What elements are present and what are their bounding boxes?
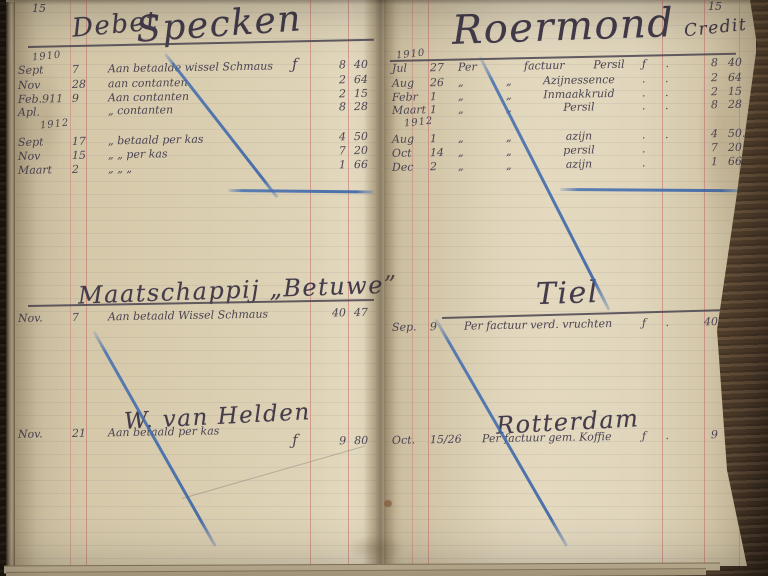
row-date: Nov (18, 78, 70, 92)
florin-symbol: ƒ (292, 55, 298, 73)
row-date: Maart (392, 103, 432, 117)
amount-guilders: 2 (692, 85, 718, 98)
row-date: Nov (18, 149, 70, 163)
row-date: Oct (392, 146, 432, 160)
row-ditto: „ (458, 103, 464, 116)
account-title-tiel: Tiel (535, 275, 599, 312)
row-date: Nov. (18, 311, 70, 325)
row-text: Per factuur verd. vruchten (464, 317, 612, 333)
amount-guilders: 4 (320, 130, 346, 143)
ledger-row: Oct. 15/26 Per factuur gem. Koffie ƒ . 9… (384, 428, 756, 448)
row-day: 15 (72, 149, 100, 162)
left-page: 15 Debet Specken 1910 Sept 7 Aan betaald… (14, 0, 378, 566)
amount-guilders: 4 (692, 127, 718, 140)
row-date: Febr (392, 90, 432, 104)
amount-cents: 20 (354, 144, 382, 157)
row-ditto: „ (458, 132, 464, 145)
row-day: 1 (430, 132, 456, 145)
amount-cents: 40 (728, 56, 756, 69)
amount-guilders: 7 (320, 144, 346, 157)
row-date: Feb.911 (18, 92, 70, 106)
amount-guilders: 2 (692, 71, 718, 84)
amount-cents: 47 (354, 306, 382, 319)
row-day: 14 (430, 146, 456, 159)
row-day: 7 (72, 311, 100, 324)
florin-symbol: ƒ . (642, 429, 688, 443)
row-ditto: „ (458, 90, 464, 103)
row-ditto: „ (506, 145, 512, 158)
florin-symbol: . (642, 142, 688, 156)
florin-symbol: . . (642, 72, 688, 86)
row-ditto: „ (506, 159, 512, 172)
row-ditto: „ (506, 75, 512, 88)
row-date: Aug (392, 76, 432, 90)
row-day: 17 (72, 135, 100, 148)
ledger-photo: 15 Debet Specken 1910 Sept 7 Aan betaald… (0, 0, 768, 576)
row-day: 9 (72, 92, 100, 105)
amount-cents: 28 (354, 100, 382, 113)
year-label: 1910 (32, 49, 62, 63)
amount-guilders: 1 (320, 158, 346, 171)
amount-guilders: 8 (320, 58, 346, 71)
amount-cents: 42 (728, 315, 756, 328)
ledger-row: Nov. 21 Aan betaald per kas ƒ 9 80 (14, 422, 378, 442)
amount-guilders: 1 (692, 155, 718, 168)
row-item: Azijnessence (512, 72, 646, 87)
amount-cents: 50. (728, 127, 756, 140)
amount-guilders: 9 (692, 428, 718, 441)
row-day: 28 (72, 78, 100, 91)
row-text: „ contanten (108, 103, 173, 117)
amount-guilders: 8 (692, 98, 718, 111)
row-date: Dec (392, 160, 432, 174)
row-text: „ betaald per kas (108, 133, 204, 148)
row-day: 1 (430, 103, 456, 116)
amount-guilders: 40 (692, 315, 718, 328)
row-date: Jul (392, 61, 432, 75)
ledger-row: Nov. 7 Aan betaald Wissel Schmaus 40 47 (14, 306, 378, 326)
row-date: Sept (18, 135, 70, 149)
row-day: 2 (72, 163, 100, 176)
row-day: 1 (430, 90, 456, 103)
row-day: 21 (72, 427, 100, 440)
florin-symbol: . . (642, 99, 688, 113)
florin-symbol: ƒ (292, 431, 298, 449)
amount-cents: 80 (354, 434, 382, 447)
amount-cents: 20 (728, 141, 756, 154)
amount-cents: 15 (728, 85, 756, 98)
row-date: Aug (392, 132, 432, 146)
row-text: „ „ per kas (108, 147, 168, 161)
row-day: 2 (430, 160, 456, 173)
row-date: Sept (18, 63, 70, 77)
row-text: „ „ „ (108, 162, 132, 175)
row-text: aan contanten (108, 76, 188, 90)
row-item: azijn (512, 128, 646, 143)
row-ditto: „ (458, 146, 464, 159)
page-number: 15 (32, 2, 46, 15)
amount-cents: 50 (354, 130, 382, 143)
florin-symbol: . (642, 156, 688, 170)
amount-guilders: 8 (320, 100, 346, 113)
amount-guilders: 9 (320, 434, 346, 447)
row-text: Aan betaalde wissel Schmaus (108, 59, 273, 75)
amount-cents: 66 (354, 158, 382, 171)
row-date: Nov. (18, 427, 70, 441)
florin-symbol: ƒ . (642, 57, 688, 71)
account-title-roermond: Roermond (451, 0, 675, 54)
row-day: 7 (72, 63, 100, 76)
year-label: 1912 (40, 117, 70, 131)
row-text: Aan betaald Wissel Schmaus (108, 308, 268, 324)
row-day: 15/26 (430, 433, 456, 446)
row-date: Sep. (392, 320, 432, 334)
amount-cents: 64 (354, 73, 382, 86)
row-ditto: „ (506, 89, 512, 102)
amount-guilders: 8 (692, 56, 718, 69)
row-ditto: „ (506, 131, 512, 144)
amount-guilders: 40 (320, 306, 346, 319)
florin-symbol: . . (642, 128, 688, 142)
row-ditto: Per (458, 60, 477, 73)
right-page: 15 Roermond Credit 1910 Jul 27 Per factu… (384, 0, 756, 566)
amount-guilders: 7 (692, 141, 718, 154)
amount-cents: 28 (728, 98, 756, 111)
row-ditto: „ (458, 160, 464, 173)
amount-cents: 64 (728, 71, 756, 84)
amount-cents: 15 (354, 87, 382, 100)
row-ditto: „ (458, 76, 464, 89)
amount-guilders: 2 (320, 87, 346, 100)
row-date: Oct. (392, 433, 432, 447)
florin-symbol: . . (642, 86, 688, 100)
amount-cents: 80 (728, 428, 756, 441)
row-date: Apl. (18, 105, 70, 119)
page-number: 15 (708, 0, 722, 13)
row-day: 27 (430, 61, 456, 74)
amount-guilders: 2 (320, 73, 346, 86)
row-date: Maart (18, 163, 70, 177)
ledger-book: 15 Debet Specken 1910 Sept 7 Aan betaald… (6, 0, 756, 566)
amount-cents: 66. (728, 155, 756, 168)
row-item: Persil (512, 99, 646, 114)
row-day: 26 (430, 76, 456, 89)
amount-cents: 40 (354, 58, 382, 71)
florin-symbol: ƒ . (642, 316, 688, 330)
row-text: Aan betaald per kas (108, 424, 220, 439)
